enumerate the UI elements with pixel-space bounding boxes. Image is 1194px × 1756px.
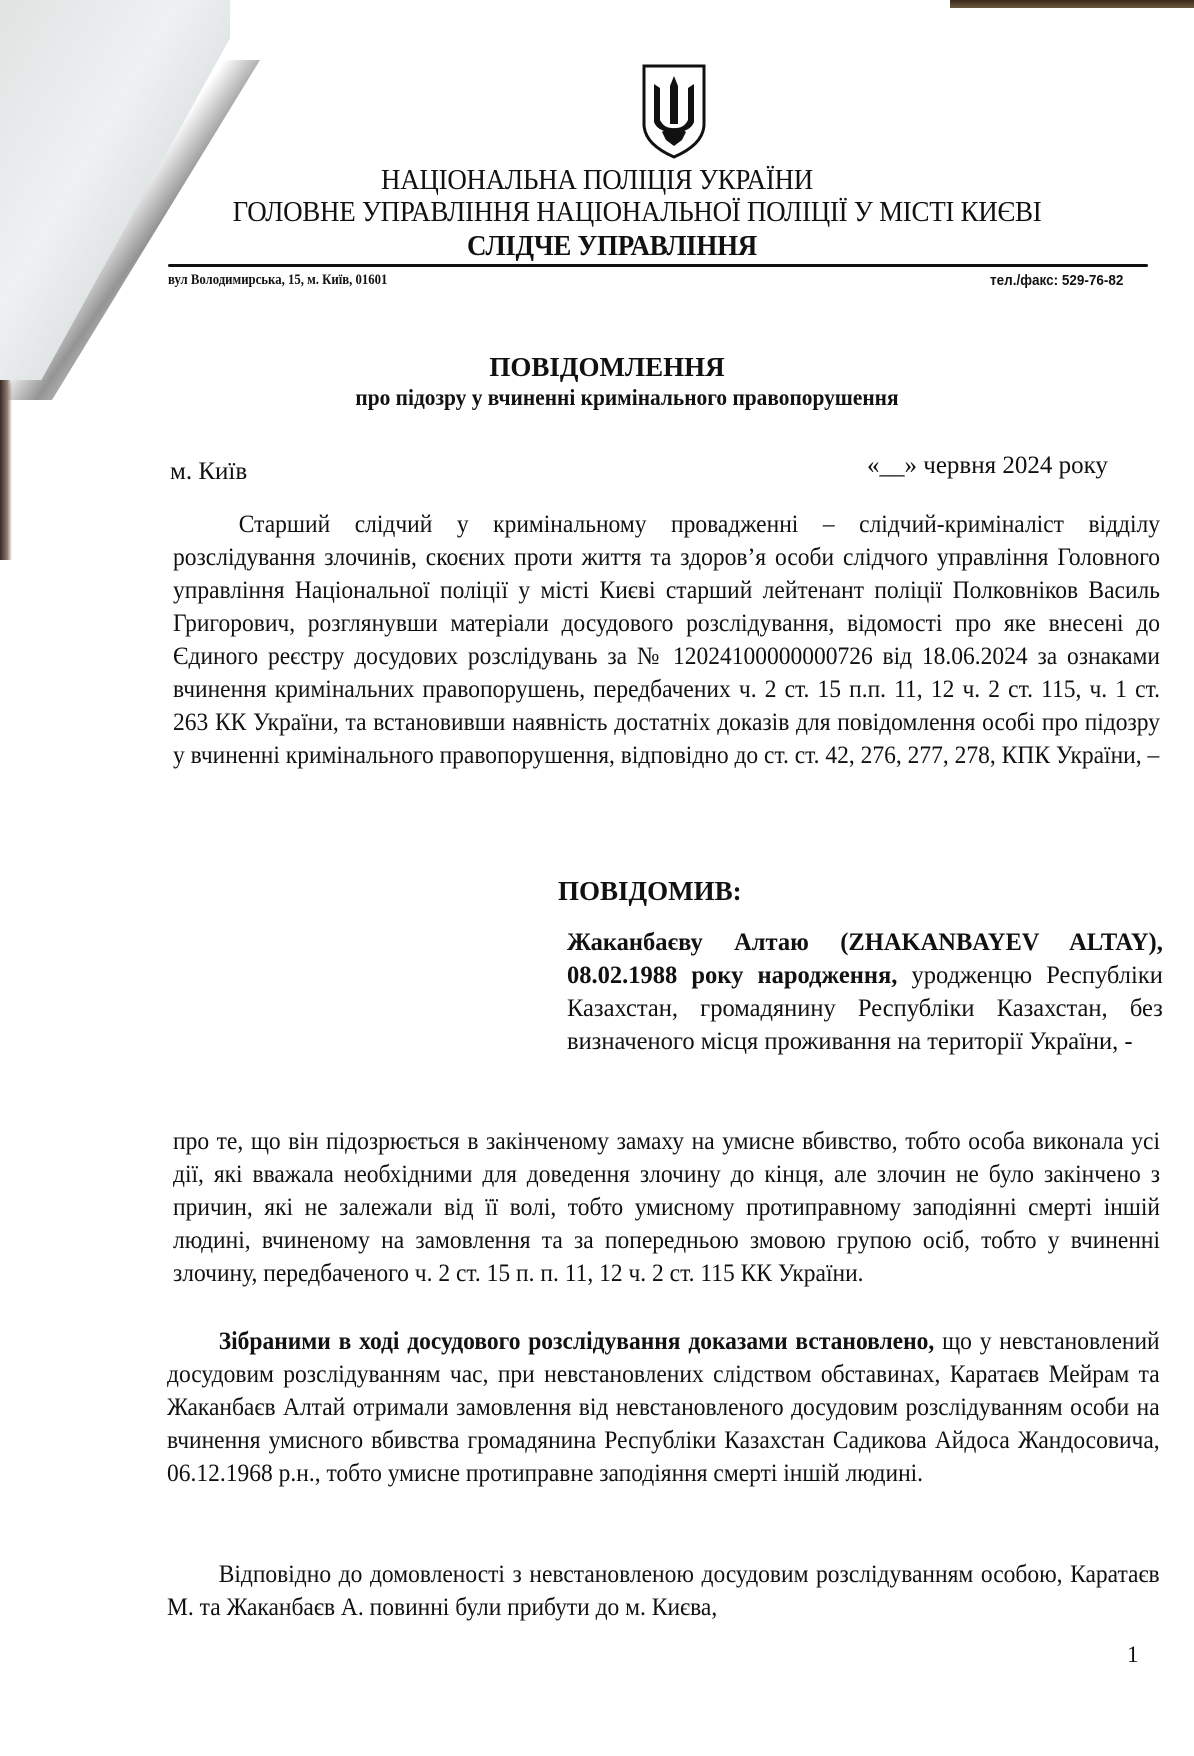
org-department: ГОЛОВНЕ УПРАВЛІННЯ НАЦІОНАЛЬНОЇ ПОЛІЦІЇ … [82,196,1192,229]
suspect-block: Жаканбаєву Алтаю (ZHAKANBAYEV ALTAY), 08… [567,926,1163,1058]
notified-heading: ПОВІДОМИВ: [558,876,742,907]
intro-paragraph: Старший слідчий у кримінальному провадже… [173,508,1160,772]
document-title: ПОВІДОМЛЕННЯ [10,352,1194,383]
org-address: вул Володимирська, 15, м. Київ, 01601 [168,272,387,289]
page-number: 1 [1127,1642,1139,1668]
trident-emblem-icon [640,62,708,160]
org-phone: тел./факс: 529-76-82 [990,272,1123,289]
document-subtitle: про підозру у вчиненні кримінального пра… [72,385,1182,411]
evidence-paragraph: Зібраними в ході досудового розслідуванн… [167,1325,1160,1490]
agreement-paragraph: Відповідно до домовленості з невстановле… [167,1558,1160,1624]
suspicion-paragraph: про те, що він підозрюється в закінченом… [173,1125,1160,1290]
org-division: СЛІДЧЕ УПРАВЛІННЯ [57,230,1167,263]
document-place: м. Київ [170,458,247,486]
letterhead-divider [168,264,1148,267]
org-name: НАЦІОНАЛЬНА ПОЛІЦІЯ УКРАЇНИ [42,164,1152,197]
background-edge [0,380,12,560]
document-page: НАЦІОНАЛЬНА ПОЛІЦІЯ УКРАЇНИ ГОЛОВНЕ УПРА… [0,0,1194,1756]
background-edge [950,0,1194,8]
document-date: «__» червня 2024 року [867,452,1108,480]
evidence-lead: Зібраними в ході досудового розслідуванн… [219,1328,935,1355]
